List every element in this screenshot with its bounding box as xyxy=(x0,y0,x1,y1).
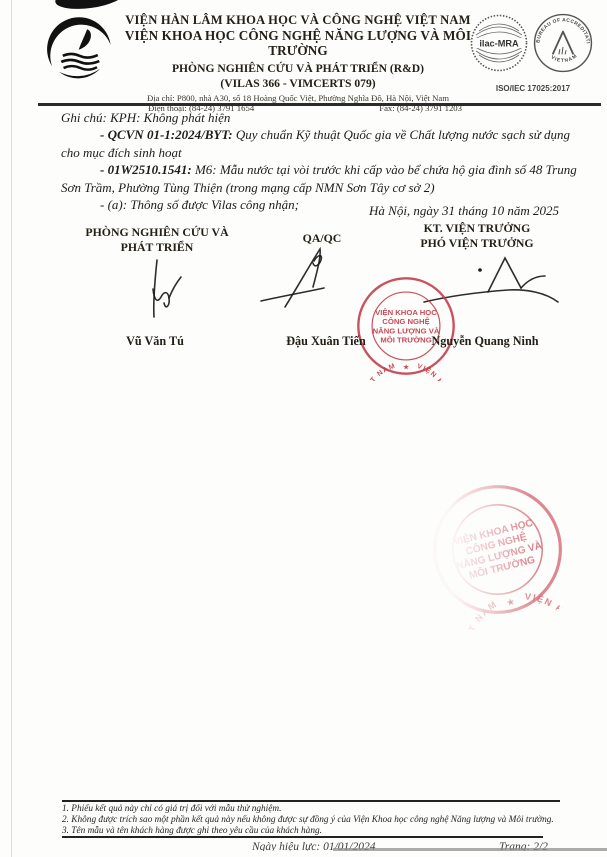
signer2-name: Đậu Xuân Tiến xyxy=(246,334,406,349)
org-address: Địa chỉ: P800, nhà A30, số 18 Hoàng Quốc… xyxy=(118,94,478,104)
signature1 xyxy=(123,257,183,333)
iso-standard-label: ISO/IEC 17025:2017 xyxy=(478,84,588,93)
stamp-center-line1: VIỆN KHOA HỌC xyxy=(375,308,437,317)
remark-qcvn-cont: cho mục đích sinh hoạt xyxy=(55,144,595,161)
signer2-title: QA/QC xyxy=(272,231,372,246)
remark-sample-code: - 01W2510.1541: xyxy=(100,162,192,177)
signer3-title-line2: PHÓ VIỆN TRƯỞNG xyxy=(377,236,577,251)
scan-bottom-line xyxy=(333,848,607,851)
signer1-name: Vũ Văn Tú xyxy=(75,334,235,349)
stamp-center-line2: CÔNG NGHỆ xyxy=(382,317,429,326)
signature2 xyxy=(258,245,356,317)
remark-sample-cont: Sơn Trầm, Phường Tùng Thiện (trong mạng … xyxy=(55,179,595,196)
remark-qcvn-code: - QCVN 01-1:2024/BYT: xyxy=(100,127,233,142)
boa-top-text: BUREAU OF ACCREDITATION xyxy=(532,12,591,44)
boa-badge-icon: BUREAU OF ACCREDITATION VIETNAM xyxy=(532,12,594,74)
footer-note-1: 1. Phiếu kết quả này chỉ có giá trị đối … xyxy=(62,804,582,815)
accreditation-codes: (VILAS 366 - VIMCERTS 079) xyxy=(118,77,478,90)
remark-kph: Ghi chú: KPH: Không phát hiện xyxy=(55,109,595,126)
remark-qcvn: - QCVN 01-1:2024/BYT: Quy chuẩn Kỹ thuật… xyxy=(55,126,595,143)
stamp-star: ★ xyxy=(403,363,410,372)
footer-divider-bottom xyxy=(62,836,543,838)
letterhead: VIỆN HÀN LÂM KHOA HỌC VÀ CÔNG NGHỆ VIỆT … xyxy=(118,13,478,114)
partial-stamp-star: ★ xyxy=(505,596,516,609)
footer-divider-top xyxy=(62,800,560,802)
footer-notes: 1. Phiếu kết quả này chỉ có giá trị đối … xyxy=(62,804,582,837)
signer1-title-line2: PHÁT TRIỂN xyxy=(57,240,257,255)
date-place-line: Hà Nội, ngày 31 tháng 10 năm 2025 xyxy=(362,203,566,219)
signer3-title-line1: KT. VIỆN TRƯỞNG xyxy=(377,221,577,236)
signer1-title-line1: PHÒNG NGHIÊN CỨU VÀ xyxy=(57,225,257,240)
header-divider xyxy=(38,103,601,106)
ilac-mra-label: ilac-MRA xyxy=(479,39,519,49)
remark-sample: - 01W2510.1541: M6: Mẫu nước tại vòi trư… xyxy=(55,161,595,178)
scan-edge-artifact xyxy=(11,0,12,857)
scan-top-mark xyxy=(54,0,126,13)
footer-note-2: 2. Không được trích sao một phần kết quả… xyxy=(62,815,582,826)
remark-qcvn-text: Quy chuẩn Kỹ thuật Quốc gia về Chất lượn… xyxy=(233,127,570,142)
institute-logo xyxy=(40,14,116,90)
document-page: VIỆN HÀN LÂM KHOA HỌC VÀ CÔNG NGHỆ VIỆT … xyxy=(0,0,607,857)
signer1-title: PHÒNG NGHIÊN CỨU VÀ PHÁT TRIỂN xyxy=(57,225,257,255)
remark-sample-text: M6: Mẫu nước tại vòi trước khi cấp vào b… xyxy=(192,162,577,177)
boa-bottom-text: VIETNAM xyxy=(550,53,579,64)
signer3-title: KT. VIỆN TRƯỞNG PHÓ VIỆN TRƯỞNG xyxy=(377,221,577,251)
org-name: VIỆN KHOA HỌC CÔNG NGHỆ NĂNG LƯỢNG VÀ MÔ… xyxy=(118,29,478,59)
signer3-name: Nguyễn Quang Ninh xyxy=(405,334,565,349)
ilac-mra-badge-icon: ilac-MRA xyxy=(469,13,529,73)
remarks-block: Ghi chú: KPH: Không phát hiện - QCVN 01-… xyxy=(55,109,595,213)
partial-stamp: VIỆN HÀN LÂM KHOA HỌC VÀ CÔNG NGHỆ VIỆT … xyxy=(410,462,586,638)
svg-text:VIETNAM: VIETNAM xyxy=(550,53,579,64)
org-parent-name: VIỆN HÀN LÂM KHOA HỌC VÀ CÔNG NGHỆ VIỆT … xyxy=(118,13,478,27)
department-name: PHÒNG NGHIÊN CỨU VÀ PHÁT TRIỂN (R&D) xyxy=(118,62,478,75)
svg-text:BUREAU OF ACCREDITATION: BUREAU OF ACCREDITATION xyxy=(532,12,591,44)
official-stamp: VIỆN HÀN LÂM KHOA HỌC VÀ CÔNG NGHỆ VIỆT … xyxy=(351,271,461,381)
